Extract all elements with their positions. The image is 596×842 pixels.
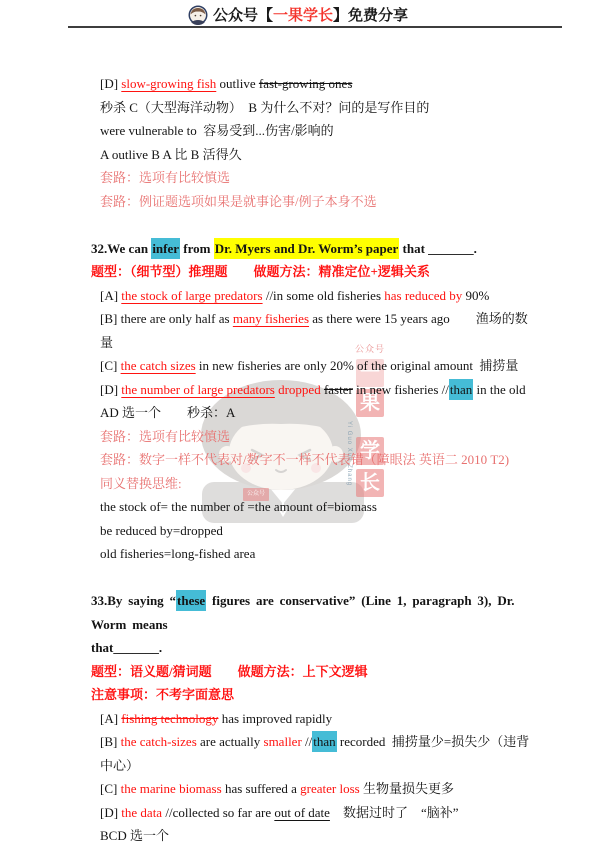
text-run: 数据过时了 “脑补” (330, 805, 459, 820)
wechat-avatar-icon (188, 5, 208, 25)
tip-example: 套路：例证题选项如果是就事论事/例子本身不选 (0, 190, 596, 214)
text-run: 套路：例证题选项如果是就事论事/例子本身不选 (100, 194, 377, 209)
header-brand: 一果学长 (273, 7, 333, 24)
text-run: [D] (100, 382, 121, 397)
text-run: 33.By saying “ (91, 593, 176, 608)
page-header: 公众号【一果学长】免费分享 (0, 4, 596, 25)
header-prefix: 公众号【 (213, 7, 273, 24)
text-run: greater loss (300, 781, 360, 796)
q33-option-a: [A] fishing technology has improved rapi… (0, 707, 596, 731)
q33-option-c: [C] the marine biomass has suffered a gr… (0, 777, 596, 801)
text-run: in new fisheries // (353, 382, 449, 397)
q32-option-a: [A] the stock of large predators //in so… (0, 284, 596, 308)
text-run: the catch sizes (121, 358, 196, 373)
synonym-1: the stock of= the number of =the amount … (0, 495, 596, 519)
text-run: Dr. Myers and Dr. Worm’s paper (214, 238, 400, 259)
text-run: are actually (197, 734, 264, 749)
text-run: the data (121, 805, 162, 820)
text-run: were vulnerable to 容易受到...伤害/影响的 (100, 123, 334, 138)
text-run: [D] (100, 76, 121, 91)
text-run: that_______. (91, 640, 162, 655)
tip-numbers: 套路：数字一样不代表对/数字不一样不代表错（障眼法 英语二 2010 T2) (0, 448, 596, 472)
text-run: 套路：选项有比较慎选 (100, 170, 230, 185)
text-run: 生物量损失更多 (360, 781, 454, 796)
text-run: these (176, 590, 206, 611)
note-miaosha: 秒杀 C（大型海洋动物） B 为什么不对？问的是写作目的 (0, 96, 596, 120)
text-run: the stock of= the number of =the amount … (100, 499, 377, 514)
text-run: infer (151, 238, 180, 259)
text-run: the marine biomass (121, 781, 222, 796)
header-title: 公众号【一果学长】免费分享 (213, 4, 408, 25)
text-run: faster (324, 382, 353, 397)
question-33-line1: 33.By saying “these figures are conserva… (0, 589, 596, 636)
note-outlive: A outlive B A 比 B 活得久 (0, 143, 596, 167)
text-run: dropped (275, 382, 321, 397)
text-run: 套路：数字一样不代表对/数字不一样不代表错（障眼法 英语二 2010 T2) (100, 452, 509, 467)
q33-answer: BCD 选一个 (0, 824, 596, 842)
text-run: [C] (100, 781, 121, 796)
q32-option-d: [D] the number of large predators droppe… (0, 378, 596, 402)
q32-option-c: [C] the catch sizes in new fisheries are… (0, 354, 596, 378)
text-run: [A] (100, 711, 121, 726)
header-suffix: 】免费分享 (333, 7, 408, 24)
tip-compare: 套路：选项有比较慎选 (0, 166, 596, 190)
text-run: 同义替换思维: (100, 476, 182, 491)
q33-option-b: [B] the catch-sizes are actually smaller… (0, 730, 596, 777)
text-run: [A] (100, 288, 121, 303)
header-divider (68, 26, 562, 28)
tip-compare-2: 套路：选项有比较慎选 (0, 425, 596, 449)
option-d-prev: [D] slow-growing fish outlive fast-growi… (0, 72, 596, 96)
text-run: [C] (100, 358, 121, 373)
text-run: 套路：选项有比较慎选 (100, 429, 230, 444)
text-run: from (180, 241, 214, 256)
text-run: outlive (216, 76, 259, 91)
synonym-3: old fisheries=long-fished area (0, 542, 596, 566)
question-32: 32.We can infer from Dr. Myers and Dr. W… (0, 237, 596, 261)
text-run: [B] (100, 734, 121, 749)
text-run: has improved rapidly (218, 711, 332, 726)
text-run: [D] (100, 805, 121, 820)
text-run: [B] there are only half as (100, 311, 233, 326)
text-run: out of date (274, 805, 330, 820)
text-run: the number of large predators (121, 382, 275, 397)
text-run: fast-growing ones (259, 76, 353, 91)
text-run: //in some old fisheries (263, 288, 385, 303)
text-run: 秒杀 C（大型海洋动物） B 为什么不对？问的是写作目的 (100, 100, 429, 115)
text-run: // (302, 734, 312, 749)
text-run: than (449, 379, 473, 400)
q33-option-d: [D] the data //collected so far are out … (0, 801, 596, 825)
question-33-line2: that_______. (0, 636, 596, 660)
text-run: that _______. (399, 241, 477, 256)
text-run: smaller (264, 734, 302, 749)
text-run: be reduced by=dropped (100, 523, 223, 538)
text-run: slow-growing fish (121, 76, 216, 91)
q32-option-b: [B] there are only half as many fisherie… (0, 307, 596, 354)
text-run: than (312, 731, 336, 752)
q33-type: 题型：语义题/猜词题 做题方法：上下文逻辑 (0, 660, 596, 684)
q32-type: 题型：（细节型）推理题 做题方法：精准定位+逻辑关系 (0, 260, 596, 284)
q33-note: 注意事项：不考字面意思 (0, 683, 596, 707)
text-run: 注意事项：不考字面意思 (91, 687, 234, 702)
text-run: the stock of large predators (121, 288, 262, 303)
text-run: in new fisheries are only 20% of the ori… (196, 358, 519, 373)
text-run: old fisheries=long-fished area (100, 546, 255, 561)
document-page: 公众号【一果学长】免费分享 公众号 一果学长 (0, 0, 596, 842)
note-vulnerable: were vulnerable to 容易受到...伤害/影响的 (0, 119, 596, 143)
text-run: 32.We can (91, 241, 151, 256)
text-run: has reduced by (384, 288, 462, 303)
text-run: fishing technology (121, 711, 218, 726)
text-run: the catch-sizes (121, 734, 197, 749)
document-body: [D] slow-growing fish outlive fast-growi… (0, 72, 596, 842)
text-run: many fisheries (233, 311, 309, 326)
synonym-2: be reduced by=dropped (0, 519, 596, 543)
text-run: 题型：（细节型）推理题 做题方法：精准定位+逻辑关系 (91, 264, 430, 279)
text-run: 题型：语义题/猜词题 做题方法：上下文逻辑 (91, 664, 368, 679)
text-run: AD 选一个 秒杀：A (100, 405, 235, 420)
text-run: BCD 选一个 (100, 828, 169, 842)
text-run: 90% (462, 288, 489, 303)
synonym-title: 同义替换思维: (0, 472, 596, 496)
q32-answer: AD 选一个 秒杀：A (0, 401, 596, 425)
text-run: has suffered a (222, 781, 300, 796)
text-run: //collected so far are (162, 805, 274, 820)
text-run: A outlive B A 比 B 活得久 (100, 147, 242, 162)
text-run: in the old (473, 382, 525, 397)
